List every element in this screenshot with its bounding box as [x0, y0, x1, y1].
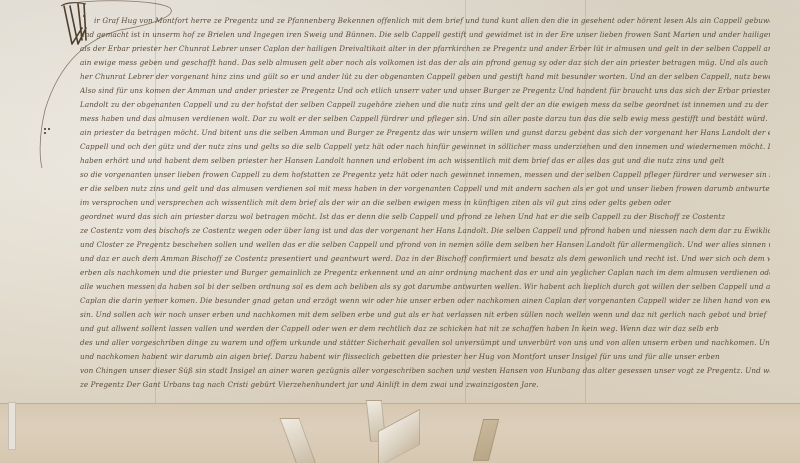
text-line-7: Landolt zu der obgenanten Cappell und zu…	[80, 99, 770, 110]
text-line-18: und daz er auch dem Amman Bischoff ze Co…	[80, 253, 770, 264]
text-line-6: Also sind für uns komen der Amman und an…	[80, 85, 770, 96]
text-line-12: so die vorgenanten unser lieben frowen C…	[80, 169, 770, 180]
margin-dots	[42, 126, 52, 136]
text-line-11: haben erhört und und habent dem selben p…	[80, 155, 770, 166]
text-line-4: ain ewige mess geben und geschafft hand.…	[80, 57, 770, 68]
text-line-26: von Chingen unser dieser Süß sin stadt I…	[80, 365, 770, 376]
text-line-16: ze Costentz vom des bischofs ze Costentz…	[80, 225, 770, 236]
text-line-2: und gemacht ist in unserm hof ze Brielen…	[80, 29, 770, 40]
text-line-15: geordnet wurd das sich ain priester darz…	[80, 211, 770, 222]
text-line-8: mess haben und das almusen verdienen wol…	[80, 113, 770, 124]
fold-edge-corner	[8, 402, 16, 450]
text-line-3: als der Erbar priester her Chunrat Lebre…	[80, 43, 770, 54]
text-line-1: ir Graf Hug von Montfort herre ze Pregen…	[94, 15, 770, 26]
text-line-9: ain priester da betragen möcht. Und bite…	[80, 127, 770, 138]
text-line-17: und Closter ze Pregentz beschehen sollen…	[80, 239, 770, 250]
text-line-5: her Chunrat Lebrer der vorgenant hinz zi…	[80, 71, 770, 82]
text-line-22: sin. Und sollen ach wir noch unser erben…	[80, 309, 770, 320]
text-line-19: erben als nachkomen und die priester und…	[80, 267, 770, 278]
text-line-27: ze Pregentz Der Gant Urbans tag nach Cri…	[80, 379, 770, 390]
text-line-24: des und aller vorgeschriben dinge zu war…	[80, 337, 770, 348]
text-line-14: im versprochen und versprechen ach wisse…	[80, 197, 770, 208]
text-line-20: alle wuchen messen da haben sol bi der s…	[80, 281, 770, 292]
text-line-13: er die selben nutz zins und gelt und das…	[80, 183, 770, 194]
text-line-21: Caplan die darin yemer komen. Die besund…	[80, 295, 770, 306]
text-line-23: und gut allwent sollent lassen vallen un…	[80, 323, 770, 334]
text-line-10: Cappell und och der gütz und der nutz zi…	[80, 141, 770, 152]
text-line-25: und nachkomen habent wir darumb ain aige…	[80, 351, 770, 362]
